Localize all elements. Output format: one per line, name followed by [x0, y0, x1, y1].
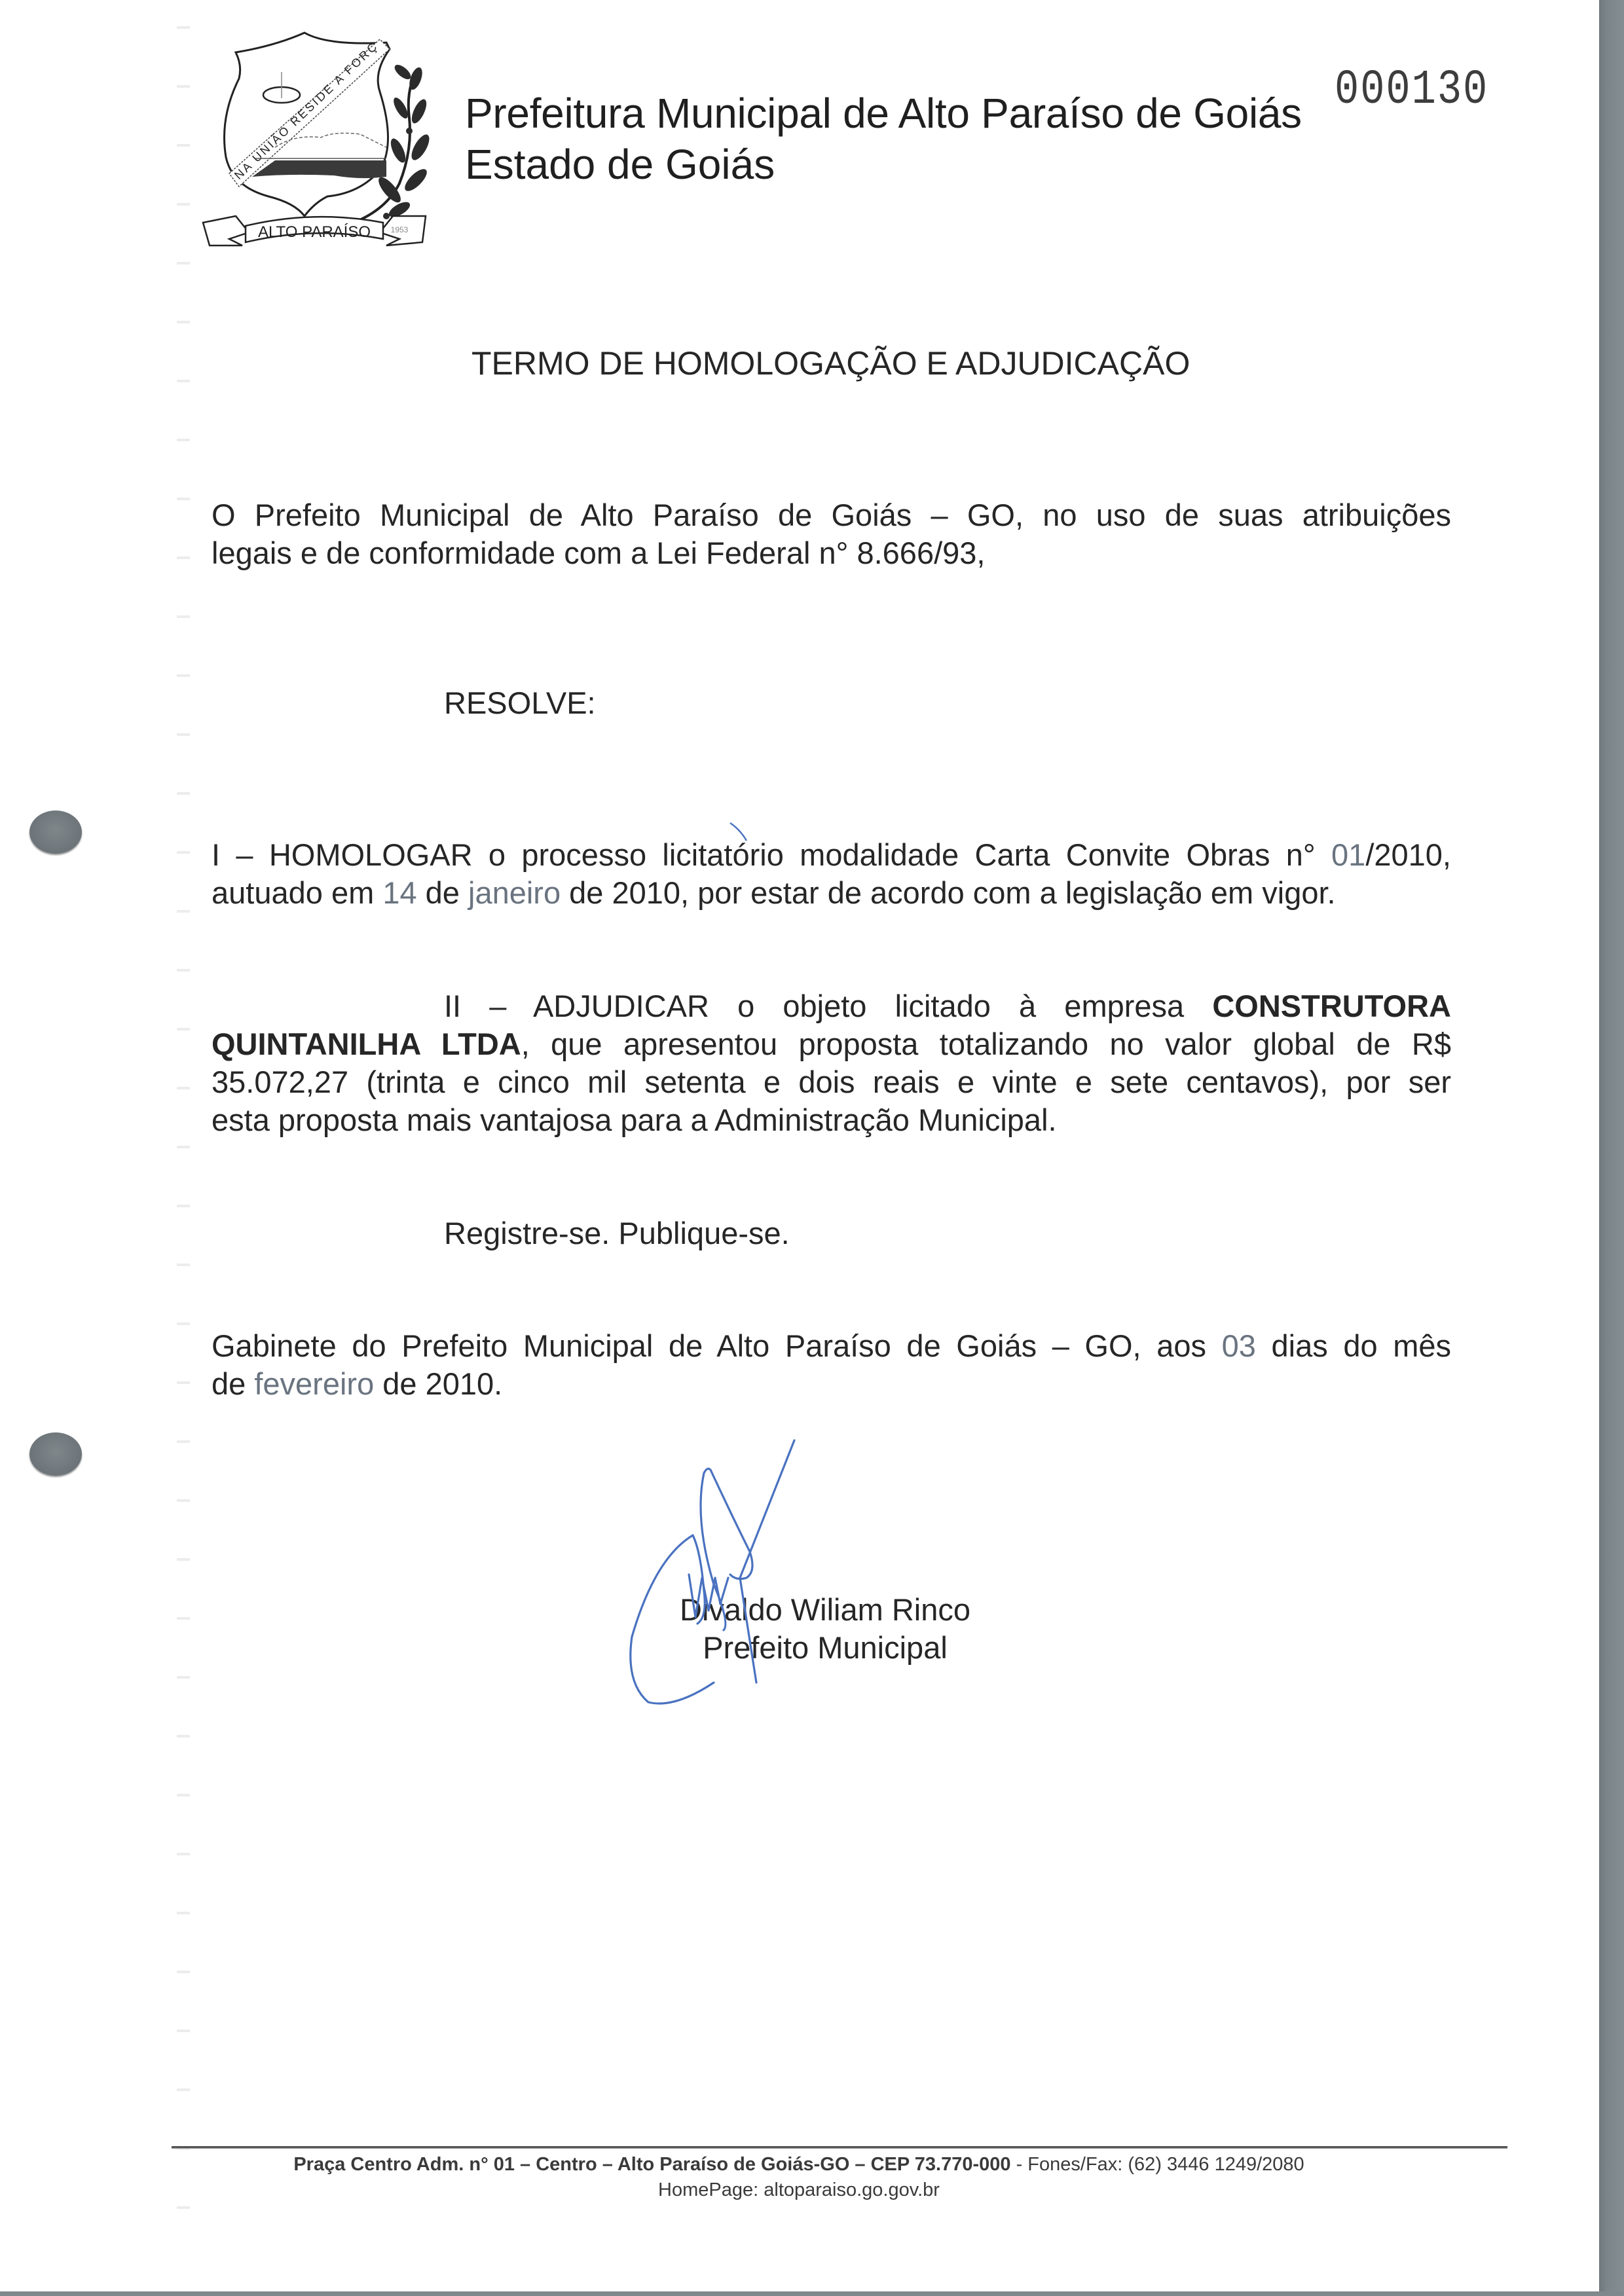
item-ii-line: 35.072,27 (trinta e cinco mil setenta e … — [212, 1063, 1451, 1101]
preamble-line: O Prefeito Municipal de Alto Paraíso de … — [212, 496, 1451, 534]
footer-divider — [172, 2146, 1507, 2149]
item-i-paragraph: I – HOMOLOGAR o processo licitatório mod… — [212, 836, 1451, 912]
closing-line: de fevereiro de 2010. — [212, 1365, 1451, 1403]
preamble-line: legais e de conformidade com a Lei Feder… — [212, 534, 1451, 572]
footer-address: Praça Centro Adm. n° 01 – Centro – Alto … — [0, 2153, 1624, 2176]
scan-artifact — [177, 0, 190, 2226]
svg-text:NA UNIÃO RESIDE A FORÇA: NA UNIÃO RESIDE A FORÇA — [190, 20, 380, 182]
svg-text:1953: 1953 — [391, 225, 409, 234]
company-name: CONSTRUTORA — [1212, 989, 1451, 1023]
handwritten-signature-icon — [616, 1421, 1035, 1722]
punch-hole — [29, 811, 82, 854]
header-title: Prefeitura Municipal de Alto Paraíso de … — [465, 88, 1302, 138]
item-ii-line: QUINTANILHA LTDA, que apresentou propost… — [212, 1025, 1451, 1063]
closing-paragraph: Gabinete do Prefeito Municipal de Alto P… — [212, 1327, 1451, 1403]
registre-publique: Registre-se. Publique-se. — [444, 1214, 790, 1252]
page-number-stamp: 000130 — [1335, 63, 1488, 118]
item-ii-paragraph: II – ADJUDICAR o objeto licitado à empre… — [212, 987, 1451, 1139]
punch-hole — [29, 1432, 82, 1476]
scanner-edge — [1599, 0, 1624, 2296]
item-ii-line: esta proposta mais vantajosa para a Admi… — [212, 1101, 1451, 1139]
resolve-heading: RESOLVE: — [444, 684, 596, 722]
municipal-crest-icon: NA UNIÃO RESIDE A FORÇA ALTO PARAÍSO 195… — [190, 20, 439, 255]
company-name: QUINTANILHA LTDA — [212, 1027, 521, 1061]
header-subtitle: Estado de Goiás — [465, 139, 775, 189]
document-title: TERMO DE HOMOLOGAÇÃO E ADJUDICAÇÃO — [471, 344, 1190, 383]
preamble-paragraph: O Prefeito Municipal de Alto Paraíso de … — [212, 496, 1451, 572]
scanner-edge-bottom — [0, 2291, 1624, 2296]
svg-text:ALTO PARAÍSO: ALTO PARAÍSO — [258, 223, 371, 241]
item-i-line: I – HOMOLOGAR o processo licitatório mod… — [212, 836, 1451, 874]
footer-homepage: HomePage: altoparaiso.go.gov.br — [0, 2178, 1624, 2202]
item-ii-line: II – ADJUDICAR o objeto licitado à empre… — [212, 987, 1451, 1025]
closing-line: Gabinete do Prefeito Municipal de Alto P… — [212, 1327, 1451, 1365]
item-i-line: autuado em 14 de janeiro de 2010, por es… — [212, 874, 1451, 912]
